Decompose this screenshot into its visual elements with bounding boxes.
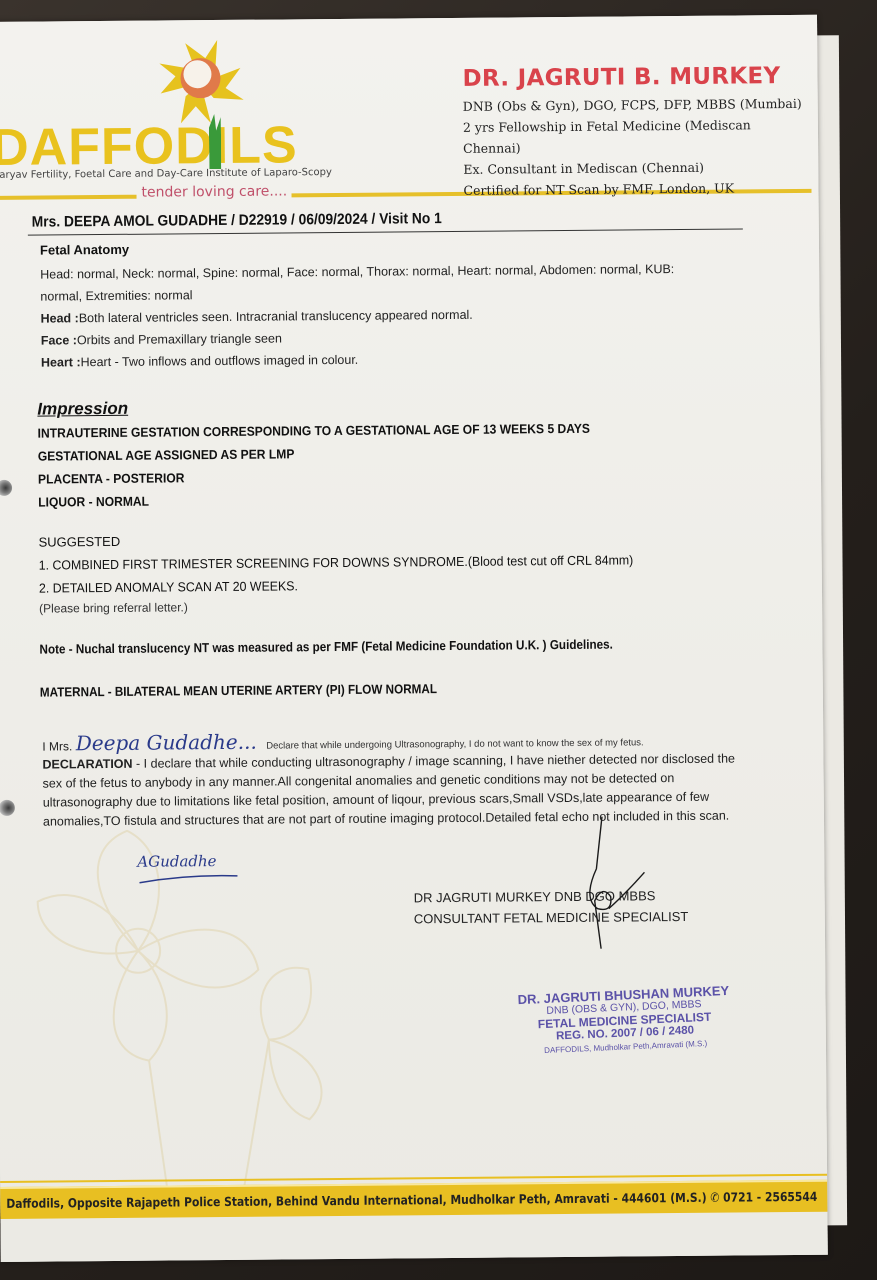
impression-section: Impression INTRAUTERINE GESTATION CORRES… <box>37 394 677 700</box>
referral-note: (Please bring referral letter.) <box>39 596 676 616</box>
patient-statement: Declare that while undergoing Ultrasonog… <box>266 737 643 751</box>
finding-text: Orbits and Premaxillary triangle seen <box>77 331 282 347</box>
impression-line: INTRAUTERINE GESTATION CORRESPONDING TO … <box>38 420 631 440</box>
impression-line: PLACENTA - POSTERIOR <box>38 466 631 486</box>
finding-face: Face :Orbits and Premaxillary triangle s… <box>41 328 675 348</box>
doctor-signature-icon <box>572 808 653 959</box>
patient-declaration: I Mrs. Deepa Gudadhe... Declare that whi… <box>42 725 762 755</box>
suggested-item: 1. COMBINED FIRST TRIMESTER SCREENING FO… <box>39 552 644 572</box>
doctor-qualifications: DNB (Obs & Gyn), DGO, FCPS, DFP, MBBS (M… <box>463 93 804 201</box>
qualification-line: Certified for NT Scan by FMF, London, UK <box>463 177 803 201</box>
finding-label: Face : <box>41 333 77 347</box>
report-page: DAFFODILS aryav Fertility, Foetal Care a… <box>0 15 828 1262</box>
qualification-line: DNB (Obs & Gyn), DGO, FCPS, DFP, MBBS (M… <box>463 93 803 117</box>
qualification-line: 2 yrs Fellowship in Fetal Medicine (Medi… <box>463 114 803 159</box>
declaration-section: I Mrs. Deepa Gudadhe... Declare that whi… <box>42 725 763 828</box>
doctor-header: DR. JAGRUTI B. MURKEY DNB (Obs & Gyn), D… <box>462 63 803 201</box>
finding-label: Head : <box>41 311 79 325</box>
declaration-label: DECLARATION <box>42 757 132 772</box>
footer-address: Daffodils, Opposite Rajapeth Police Stat… <box>6 1189 817 1211</box>
finding-label: Heart : <box>41 355 81 369</box>
anatomy-summary-line: normal, Extremities: normal <box>40 284 674 304</box>
declaration-line: sex of the fetus to anybody in any manne… <box>43 770 763 790</box>
declaration-line: ultrasonography due to limitations like … <box>43 789 763 809</box>
handwritten-patient-name: Deepa Gudadhe... <box>76 730 257 756</box>
signature-underline-icon <box>137 872 247 885</box>
impression-line: GESTATIONAL AGE ASSIGNED AS PER LMP <box>38 443 631 463</box>
finding-text: Heart - Two inflows and outflows imaged … <box>81 353 359 369</box>
doctor-name: DR. JAGRUTI B. MURKEY <box>462 63 802 92</box>
declaration-prefix: I Mrs. <box>42 739 72 753</box>
anatomy-summary-line: Head: normal, Neck: normal, Spine: norma… <box>40 262 674 282</box>
qualification-line: Ex. Consultant in Mediscan (Chennai) <box>463 156 803 180</box>
impression-title: Impression <box>37 394 674 420</box>
finding-head: Head :Both lateral ventricles seen. Intr… <box>41 306 675 326</box>
declaration-text: - I declare that while conducting ultras… <box>132 752 735 771</box>
doctor-stamp: DR. JAGRUTI BHUSHAN MURKEY DNB (OBS & GY… <box>517 984 731 1058</box>
patient-signature: AGudadhe <box>137 852 216 871</box>
tagline-rule-left <box>0 195 137 200</box>
suggested-item: 2. DETAILED ANOMALY SCAN AT 20 WEEKS. <box>39 575 644 595</box>
fetal-anatomy-section: Fetal Anatomy Head: normal, Neck: normal… <box>40 237 675 370</box>
tagline: tender loving care.... <box>141 183 287 200</box>
suggested-title: SUGGESTED <box>38 529 675 550</box>
impression-line: LIQUOR - NORMAL <box>38 489 631 509</box>
finding-text: Both lateral ventricles seen. Intracrani… <box>79 308 473 325</box>
nt-note: Note - Nuchal translucency NT was measur… <box>39 637 613 657</box>
patient-info-line: Mrs. DEEPA AMOL GUDADHE / D22919 / 06/09… <box>32 210 442 231</box>
